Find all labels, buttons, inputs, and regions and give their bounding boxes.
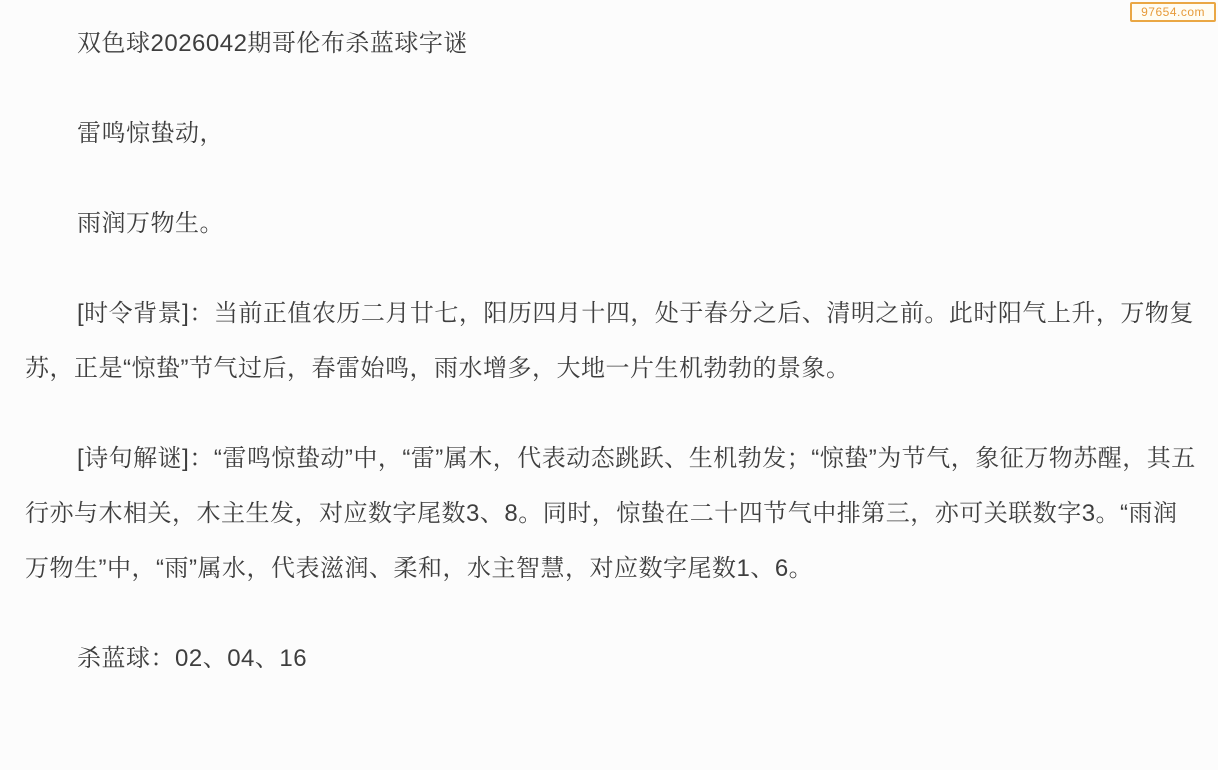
seasonal-background-paragraph: [时令背景]：当前正值农历二月廿七，阳历四月十四，处于春分之后、清明之前。此时阳… [25,286,1198,396]
article-title: 双色球2026042期哥伦布杀蓝球字谜 [25,16,1198,71]
riddle-analysis-paragraph: [诗句解谜]：“雷鸣惊蛰动”中，“雷”属木，代表动态跳跃、生机勃发；“惊蛰”为节… [25,431,1198,596]
watermark-badge: 97654.com [1130,2,1216,22]
poem-line-2: 雨润万物生。 [25,196,1198,251]
kill-blue-result: 杀蓝球：02、04、16 [25,631,1198,686]
article-content: 双色球2026042期哥伦布杀蓝球字谜 雷鸣惊蛰动， 雨润万物生。 [时令背景]… [0,0,1218,686]
poem-line-1: 雷鸣惊蛰动， [25,106,1198,161]
